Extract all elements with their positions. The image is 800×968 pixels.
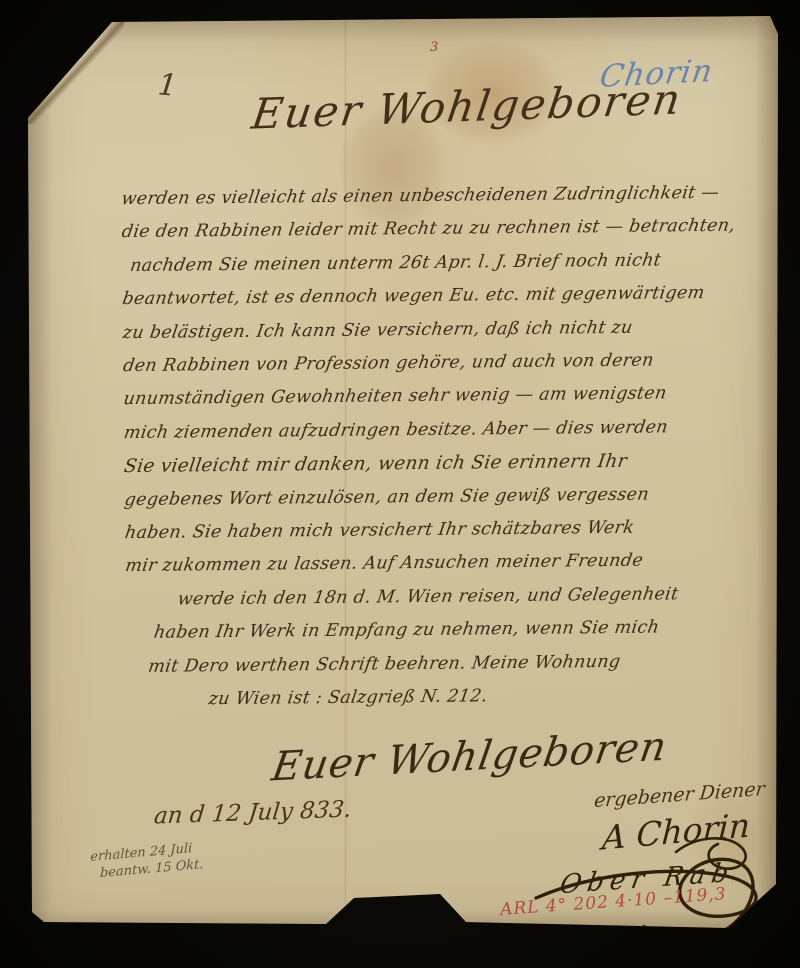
body-line: zu Wien ist : Salzgrieß N. 212.	[124, 678, 721, 718]
signature-name: A Chorin	[601, 805, 751, 857]
pencil-received-note: erhalten 24 Juli beantw. 15 Okt.	[90, 839, 204, 883]
body-line: beantwortet, ist es dennoch wegen Eu. et…	[120, 277, 717, 317]
letter-body: werden es vielleicht als einen unbeschei…	[121, 177, 719, 718]
salutation: Euer Wohlgeboren	[249, 74, 686, 138]
small-red-page-number: 3	[430, 40, 438, 55]
folio-number: 1	[156, 67, 179, 104]
closing-salutation: Euer Wohlgeboren	[269, 723, 671, 790]
date-line: an d 12 July 833.	[153, 797, 353, 830]
letter-page: 1 3 Chorin Euer Wohlgeboren werden es vi…	[26, 16, 778, 940]
